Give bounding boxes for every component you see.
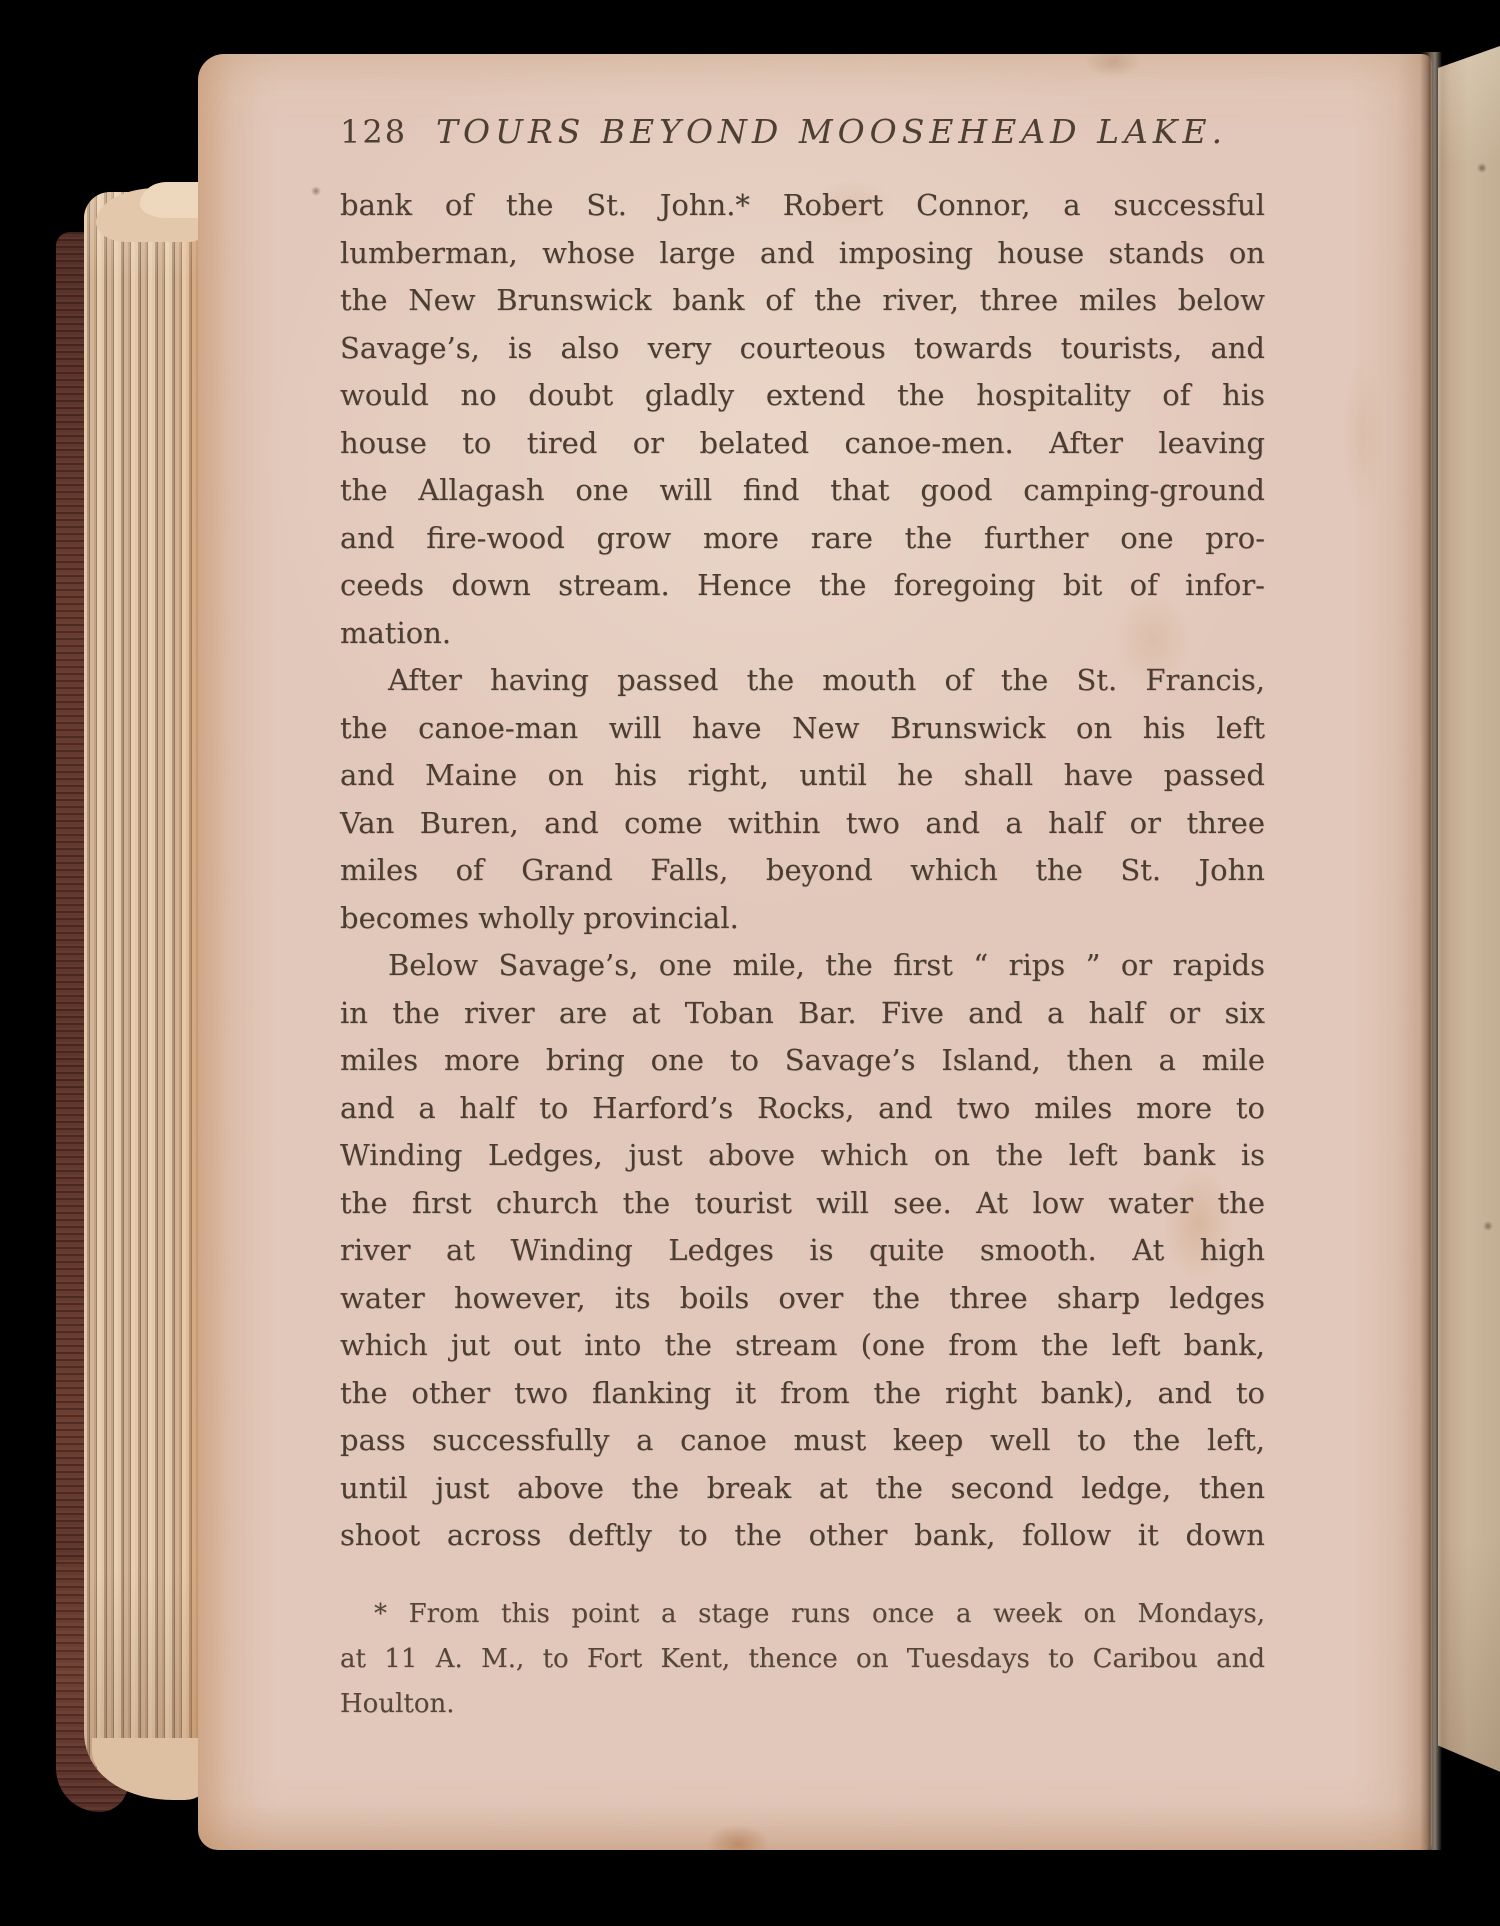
text-line: Van Buren, and come within two and a hal… (340, 800, 1265, 848)
facing-page-edge (1438, 46, 1500, 1798)
text-line: the Allagash one will find that good cam… (340, 467, 1265, 515)
text-line: miles more bring one to Savage’s Island,… (340, 1037, 1265, 1085)
footnote-line: Houlton. (340, 1682, 1265, 1727)
gutter-crease (1420, 52, 1442, 1850)
text-line: and a half to Harford’s Rocks, and two m… (340, 1085, 1265, 1133)
footnote-line: at 11 A. M., to Fort Kent, thence on Tue… (340, 1637, 1265, 1682)
text-line: shoot across deftly to the other bank, f… (340, 1512, 1265, 1560)
text-line: in the river are at Toban Bar. Five and … (340, 990, 1265, 1038)
body-text: bank of the St. John.* Robert Connor, a … (340, 182, 1265, 1560)
text-line: lumberman, whose large and imposing hous… (340, 230, 1265, 278)
text-line: Savage’s, is also very courteous towards… (340, 325, 1265, 373)
text-line: and fire-wood grow more rare the further… (340, 515, 1265, 563)
text-line: the New Brunswick bank of the river, thr… (340, 277, 1265, 325)
text-line: miles of Grand Falls, beyond which the S… (340, 847, 1265, 895)
text-line: which jut out into the stream (one from … (340, 1322, 1265, 1370)
text-line: the other two flanking it from the right… (340, 1370, 1265, 1418)
footnote: * From this point a stage runs once a we… (340, 1592, 1265, 1727)
running-title: TOURS BEYOND MOOSEHEAD LAKE. (407, 112, 1270, 151)
text-line: would no doubt gladly extend the hospita… (340, 372, 1265, 420)
text-line: house to tired or belated canoe-men. Aft… (340, 420, 1265, 468)
text-line: Below Savage’s, one mile, the first “ ri… (340, 942, 1265, 990)
text-line: Winding Ledges, just above which on the … (340, 1132, 1265, 1180)
page-edges-stack (84, 192, 206, 1792)
text-line: and Maine on his right, until he shall h… (340, 752, 1265, 800)
text-line: until just above the break at the second… (340, 1465, 1265, 1513)
text-line: ceeds down stream. Hence the foregoing b… (340, 562, 1265, 610)
text-line: river at Winding Ledges is quite smooth.… (340, 1227, 1265, 1275)
page-number: 128 (340, 113, 407, 151)
book-scan: 128 TOURS BEYOND MOOSEHEAD LAKE. bank of… (0, 0, 1500, 1926)
footnote-line: * From this point a stage runs once a we… (340, 1592, 1265, 1637)
text-line: bank of the St. John.* Robert Connor, a … (340, 182, 1265, 230)
text-line: After having passed the mouth of the St.… (340, 657, 1265, 705)
text-line: water however, its boils over the three … (340, 1275, 1265, 1323)
text-line: mation. (340, 610, 1265, 658)
page-header: 128 TOURS BEYOND MOOSEHEAD LAKE. (340, 112, 1270, 151)
book-page: 128 TOURS BEYOND MOOSEHEAD LAKE. bank of… (198, 54, 1432, 1850)
text-line: the first church the tourist will see. A… (340, 1180, 1265, 1228)
text-line: becomes wholly provincial. (340, 895, 1265, 943)
text-line: the canoe-man will have New Brunswick on… (340, 705, 1265, 753)
text-line: pass successfully a canoe must keep well… (340, 1417, 1265, 1465)
